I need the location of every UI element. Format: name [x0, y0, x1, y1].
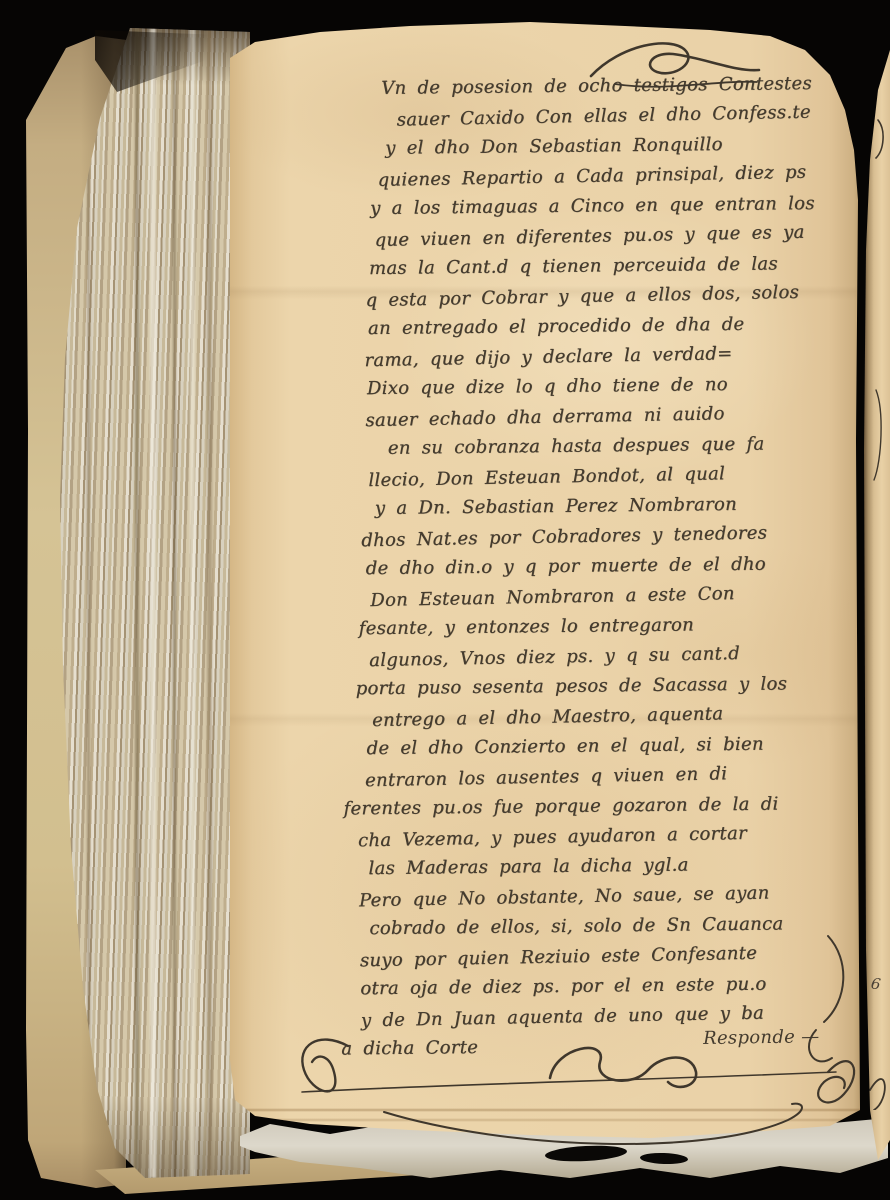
page-edge-streak [87, 120, 90, 1086]
responde-label: Responde — [703, 1026, 820, 1049]
page-edge-streak [207, 28, 212, 1178]
manuscript-photo: 6 Vn de posesion de ocho testigos Contes… [0, 0, 890, 1200]
page-edge-streak [173, 28, 176, 1178]
page-edge-highlight [190, 28, 195, 1178]
page-edge-highlight [150, 28, 156, 1178]
page-edge-streak [135, 28, 139, 1178]
handwriting-block: Vn de posesion de ocho testigos Conteste… [316, 67, 888, 1086]
